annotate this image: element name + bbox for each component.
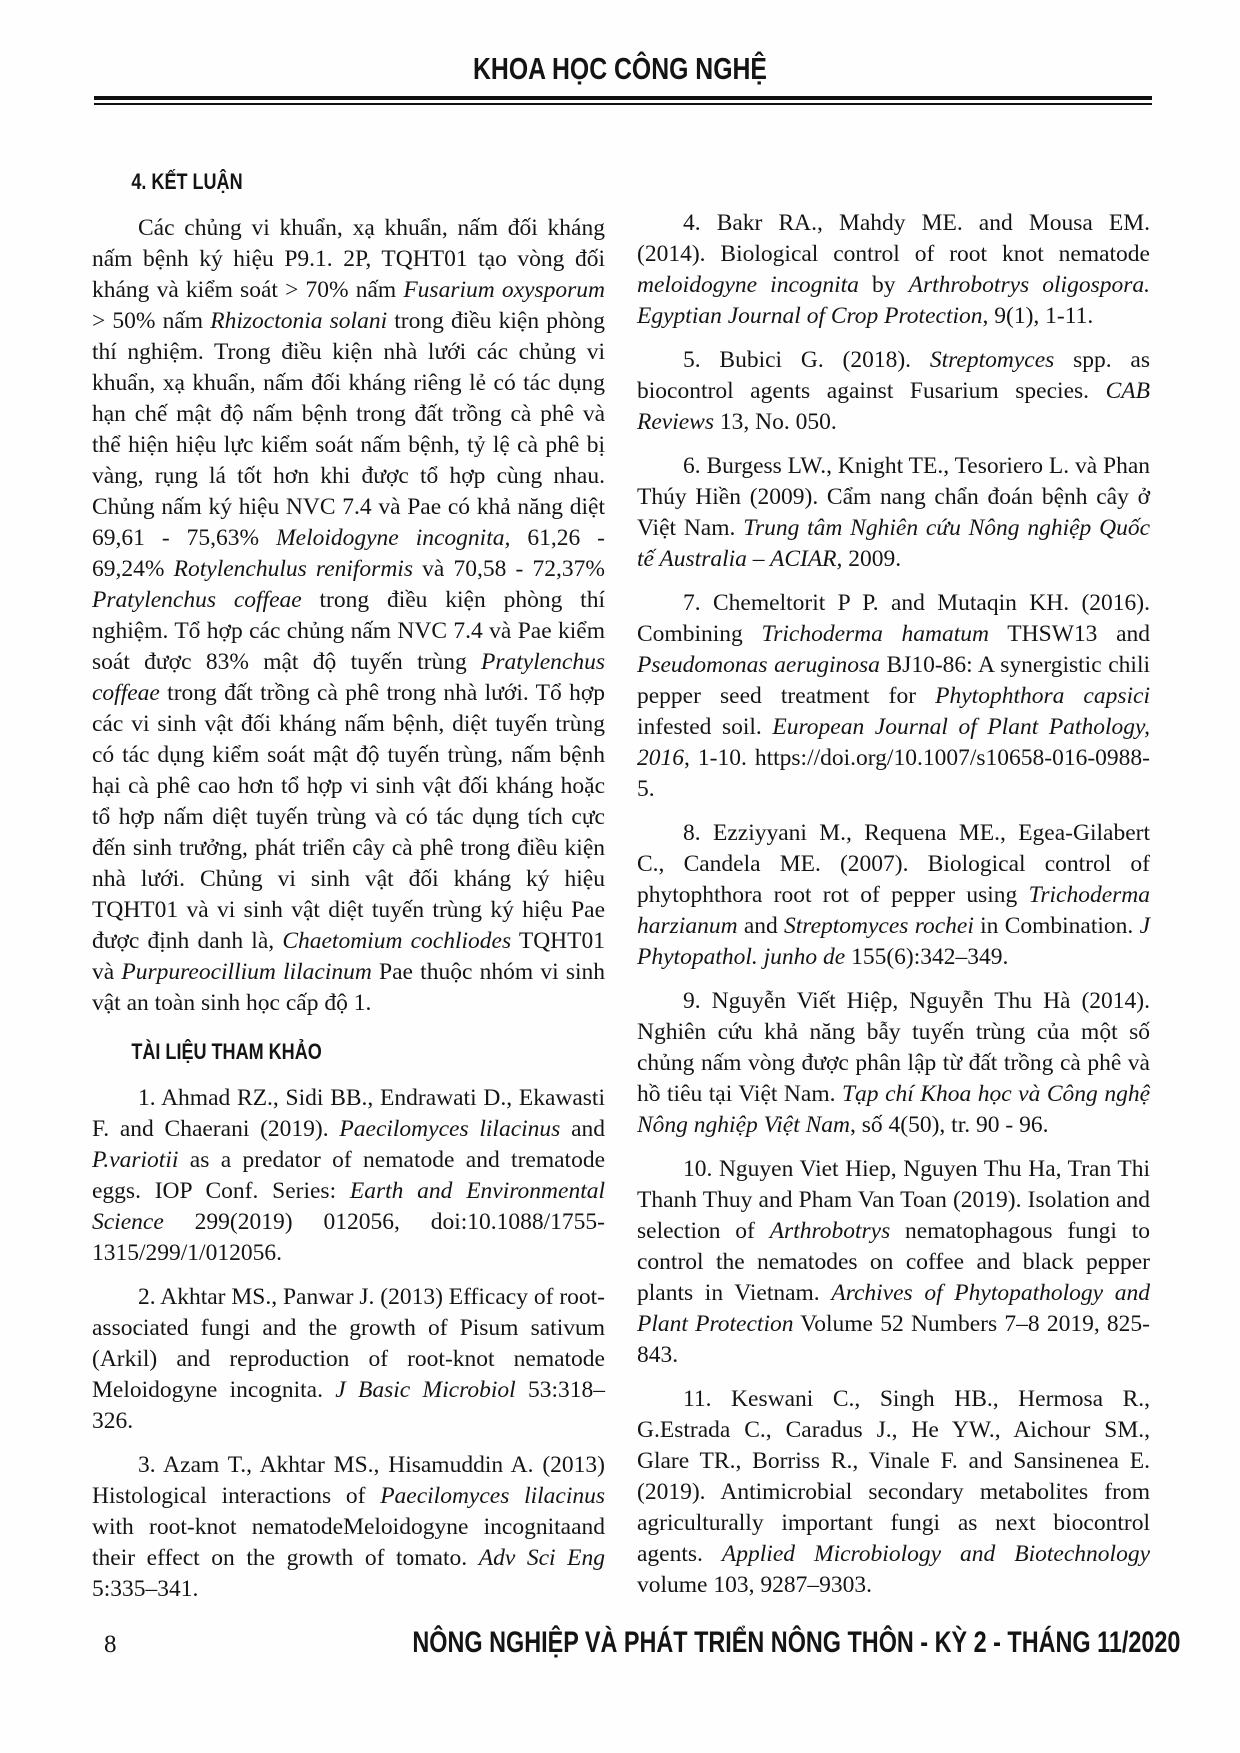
reference-item-6: 6. Burgess LW., Knight TE., Tesoriero L.… [637, 451, 1150, 575]
page-header: KHOA HỌC CÔNG NGHỆ [0, 0, 1240, 105]
reference-item-2: 2. Akhtar MS., Panwar J. (2013) Efficacy… [92, 1282, 605, 1437]
page-number: 8 [104, 1630, 117, 1660]
reference-item-11: 11. Keswani C., Singh HB., Hermosa R., G… [637, 1384, 1150, 1601]
reference-item-8: 8. Ezziyyani M., Requena ME., Egea-Gilab… [637, 818, 1150, 973]
left-column: 4. KẾT LUẬN Các chủng vi khuẩn, xạ khuẩn… [92, 167, 605, 1605]
reference-item-1: 1. Ahmad RZ., Sidi BB., Endrawati D., Ek… [92, 1083, 605, 1269]
reference-item-7: 7. Chemeltorit P P. and Mutaqin KH. (201… [637, 588, 1150, 805]
header-rule [94, 96, 1152, 105]
journal-footer-line: NÔNG NGHIỆP VÀ PHÁT TRIỂN NÔNG THÔN - KỲ… [412, 1624, 1067, 1662]
journal-page: KHOA HỌC CÔNG NGHỆ 4. KẾT LUẬN Các chủng… [0, 0, 1240, 1753]
right-column: 4. Bakr RA., Mahdy ME. and Mousa EM. (20… [637, 167, 1150, 1605]
references-heading: TÀI LIỆU THAM KHẢO [92, 1037, 513, 1067]
conclusion-heading: 4. KẾT LUẬN [92, 167, 513, 197]
conclusion-paragraph: Các chủng vi khuẩn, xạ khuẩn, nấm đối kh… [92, 213, 605, 1019]
reference-item-9: 9. Nguyễn Viết Hiệp, Nguyễn Thu Hà (2014… [637, 986, 1150, 1141]
reference-item-3: 3. Azam T., Akhtar MS., Hisamuddin A. (2… [92, 1450, 605, 1605]
running-title: KHOA HỌC CÔNG NGHỆ [124, 0, 1116, 88]
page-footer: 8 NÔNG NGHIỆP VÀ PHÁT TRIỂN NÔNG THÔN - … [0, 1622, 1240, 1682]
reference-item-10: 10. Nguyen Viet Hiep, Nguyen Thu Ha, Tra… [637, 1154, 1150, 1371]
two-column-body: 4. KẾT LUẬN Các chủng vi khuẩn, xạ khuẩn… [92, 167, 1150, 1605]
reference-item-4: 4. Bakr RA., Mahdy ME. and Mousa EM. (20… [637, 208, 1150, 332]
reference-item-5: 5. Bubici G. (2018). Streptomyces spp. a… [637, 345, 1150, 438]
